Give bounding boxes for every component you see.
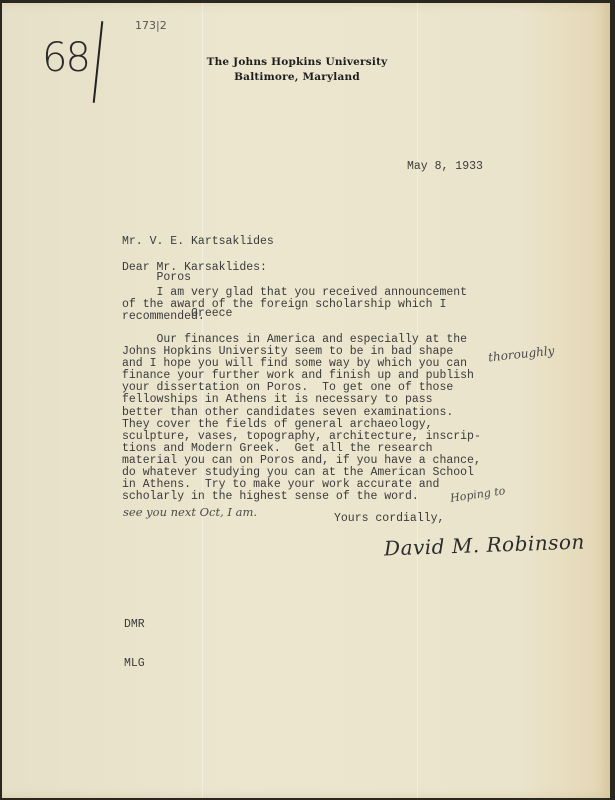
letterhead: The Johns Hopkins University Baltimore, … [202, 55, 392, 85]
salutation: Dear Mr. Karsaklides: [122, 262, 267, 274]
body-paragraph-1: I am very glad that you received announc… [122, 287, 467, 323]
letterhead-institution: The Johns Hopkins University [202, 55, 392, 70]
signature: David M. Robinson [384, 530, 586, 561]
initials-author: DMR [124, 618, 152, 631]
recipient-name: Mr. V. E. Kartsaklides [122, 236, 274, 248]
letter-page: 68 173|2 The Johns Hopkins University Ba… [2, 3, 610, 798]
archive-slash-mark [93, 21, 104, 103]
initials-typist: MLG [124, 657, 152, 670]
handwritten-postscript-2: see you next Oct, I am. [123, 505, 257, 519]
recipient-address: Mr. V. E. Kartsaklides Poros Greece [122, 212, 274, 344]
folio-number: 173|2 [135, 19, 167, 32]
archive-number: 68 [42, 35, 89, 81]
handwritten-insertion: thoroughly [487, 344, 555, 365]
letter-date: May 8, 1933 [407, 161, 483, 173]
letterhead-location: Baltimore, Maryland [202, 70, 392, 85]
reference-initials: DMR MLG [124, 592, 152, 696]
body-paragraph-2: Our finances in America and especially a… [122, 334, 481, 503]
closing: Yours cordially, [334, 513, 444, 525]
